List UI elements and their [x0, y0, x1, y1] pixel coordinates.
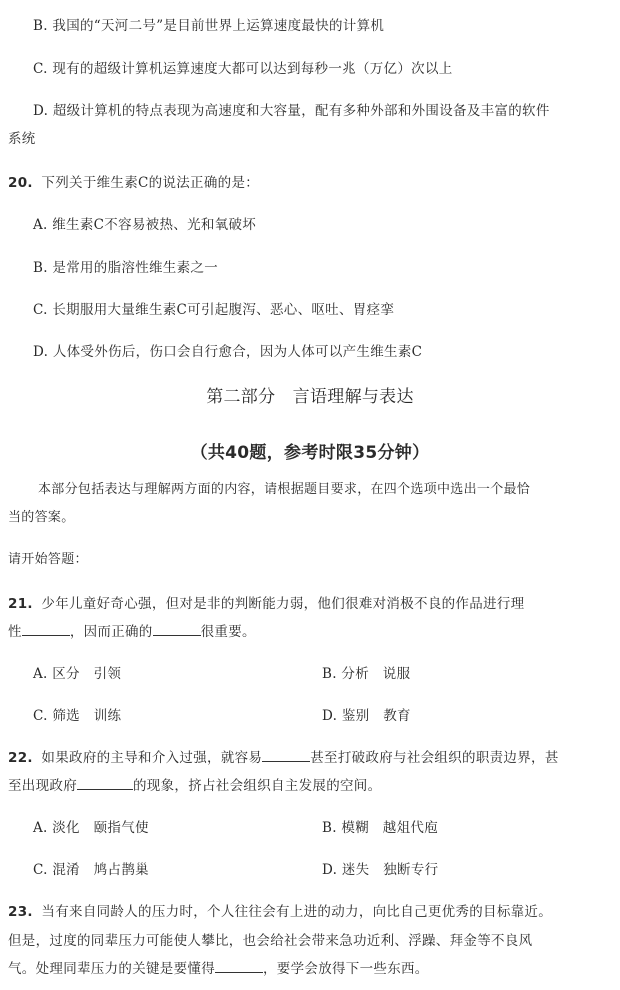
option-label: B. [322, 666, 337, 682]
question-number: 20. [8, 175, 33, 191]
option-label: C. [33, 708, 48, 724]
q21-stem-line2: 性，因而正确的很重要。 [8, 620, 256, 640]
q21-option-b: B. 分析 说服 [322, 662, 410, 682]
q22-stem-line1: 22. 如果政府的主导和介入过强，就容易甚至打破政府与社会组织的职责边界，甚 [8, 746, 559, 766]
option-label: B. [33, 260, 48, 276]
q21-option-d: D. 鉴别 教育 [322, 704, 411, 724]
section-subtitle: （共40题，参考时限35分钟） [0, 438, 620, 463]
option-text: 混淆 鸠占鹊巢 [52, 862, 149, 878]
section-title: 第二部分 言语理解与表达 [0, 382, 620, 407]
q20-option-b: B. 是常用的脂溶性维生素之一 [33, 256, 218, 276]
question-text: 甚至打破政府与社会组织的职责边界，甚 [310, 750, 558, 766]
question-text: 当有来自同龄人的压力时，个人往往会有上进的动力，向比自己更优秀的目标靠近。 [41, 904, 552, 920]
q21-stem-line1: 21. 少年儿童好奇心强，但对是非的判断能力弱，他们很难对消极不良的作品进行理 [8, 592, 524, 612]
option-label: A. [33, 820, 48, 836]
option-text: 人体受外伤后，伤口会自行愈合，因为人体可以产生维生素C [53, 344, 422, 360]
q22-option-c: C. 混淆 鸠占鹊巢 [33, 858, 149, 878]
option-label: B. [33, 18, 48, 34]
q22-option-b: B. 模糊 越俎代庖 [322, 816, 438, 836]
fill-blank [77, 777, 133, 790]
option-label: C. [33, 61, 48, 77]
option-label: A. [33, 217, 48, 233]
q21-option-a: A. 区分 引领 [33, 662, 121, 682]
option-text: 模糊 越俎代庖 [341, 820, 438, 836]
question-text: 如果政府的主导和介入过强，就容易 [41, 750, 262, 766]
q23-stem-line2: 但是，过度的同辈压力可能使人攀比，也会给社会带来急功近利、浮躁、拜金等不良风 [8, 929, 532, 949]
option-label: A. [33, 666, 48, 682]
option-text: 迷失 独断专行 [342, 862, 439, 878]
option-label: C. [33, 862, 48, 878]
question-text: 少年儿童好奇心强，但对是非的判断能力弱，他们很难对消极不良的作品进行理 [41, 596, 524, 612]
q20-option-c: C. 长期服用大量维生素C可引起腹泻、恶心、呕吐、胃痉挛 [33, 298, 394, 318]
option-label: B. [322, 820, 337, 836]
option-label: D. [33, 344, 48, 360]
option-text: 淡化 颐指气使 [52, 820, 149, 836]
question-number: 21. [8, 596, 33, 612]
option-text: 筛选 训练 [52, 708, 121, 724]
q22-stem-line2: 至出现政府的现象，挤占社会组织自主发展的空间。 [8, 774, 381, 794]
q22-option-d: D. 迷失 独断专行 [322, 858, 438, 878]
section-intro-line1: 本部分包括表达与理解两方面的内容，请根据题目要求，在四个选项中选出一个最恰 [38, 478, 530, 497]
fill-blank [22, 623, 70, 636]
option-text: 长期服用大量维生素C可引起腹泻、恶心、呕吐、胃痉挛 [52, 302, 394, 318]
section-start-prompt: 请开始答题： [8, 548, 88, 567]
q21-option-c: C. 筛选 训练 [33, 704, 121, 724]
option-text: 是常用的脂溶性维生素之一 [52, 260, 218, 276]
q22-option-a: A. 淡化 颐指气使 [33, 816, 149, 836]
section-intro-line2: 当的答案。 [8, 506, 75, 525]
question-text: ，因而正确的 [70, 624, 153, 640]
question-text: 很重要。 [201, 624, 256, 640]
fill-blank [215, 960, 263, 973]
option-text: 现有的超级计算机运算速度大都可以达到每秒一兆（万亿）次以上 [52, 61, 452, 77]
q19-option-d-continuation: 系统 [8, 127, 36, 147]
option-text: 超级计算机的特点表现为高速度和大容量，配有多种外部和外围设备及丰富的软件 [53, 103, 550, 119]
q20-stem: 20. 下列关于维生素C的说法正确的是： [8, 171, 259, 191]
fill-blank [153, 623, 201, 636]
question-text: 气。处理同辈压力的关键是要懂得 [8, 961, 215, 977]
q23-stem-line3: 气。处理同辈压力的关键是要懂得，要学会放得下一些东西。 [8, 957, 429, 977]
q19-option-b: B. 我国的“天河二号”是目前世界上运算速度最快的计算机 [33, 14, 384, 34]
q19-option-d: D. 超级计算机的特点表现为高速度和大容量，配有多种外部和外围设备及丰富的软件 [33, 99, 550, 119]
option-text: 区分 引领 [52, 666, 121, 682]
option-text: 我国的“天河二号”是目前世界上运算速度最快的计算机 [52, 18, 384, 34]
option-label: D. [322, 862, 337, 878]
question-text: 下列关于维生素C的说法正确的是： [41, 175, 259, 191]
question-text: 的现象，挤占社会组织自主发展的空间。 [133, 778, 381, 794]
option-text: 维生素C不容易被热、光和氧破坏 [52, 217, 256, 233]
question-text: ，要学会放得下一些东西。 [263, 961, 429, 977]
option-label: D. [33, 103, 48, 119]
option-text: 分析 说服 [341, 666, 410, 682]
fill-blank [262, 749, 310, 762]
q20-option-a: A. 维生素C不容易被热、光和氧破坏 [33, 213, 256, 233]
option-label: C. [33, 302, 48, 318]
option-text: 鉴别 教育 [342, 708, 411, 724]
question-number: 23. [8, 904, 33, 920]
question-text: 性 [8, 624, 22, 640]
q20-option-d: D. 人体受外伤后，伤口会自行愈合，因为人体可以产生维生素C [33, 340, 422, 360]
question-text: 至出现政府 [8, 778, 77, 794]
question-number: 22. [8, 750, 33, 766]
option-label: D. [322, 708, 337, 724]
q23-stem-line1: 23. 当有来自同龄人的压力时，个人往往会有上进的动力，向比自己更优秀的目标靠近… [8, 900, 552, 920]
q19-option-c: C. 现有的超级计算机运算速度大都可以达到每秒一兆（万亿）次以上 [33, 57, 453, 77]
